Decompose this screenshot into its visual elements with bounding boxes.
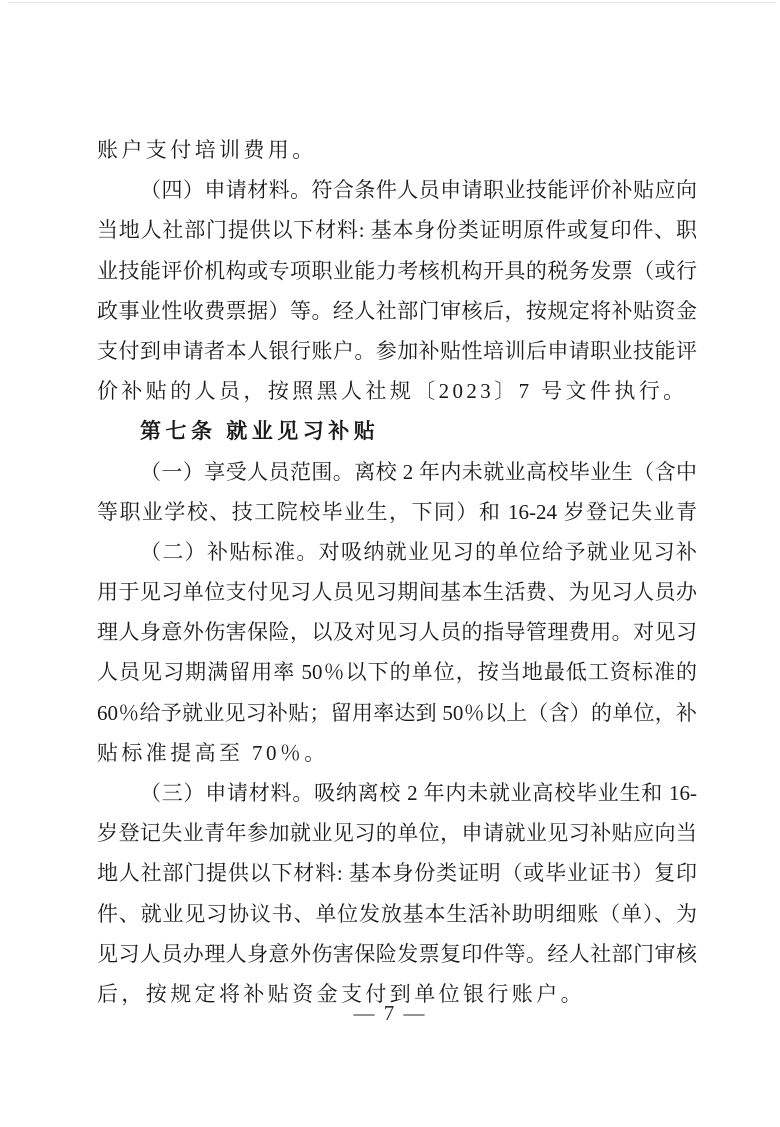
- text-line: 当地人社部门提供以下材料: 基本身份类证明原件或复印件、职: [97, 210, 697, 250]
- text-line: 支付到申请者本人银行账户。参加补贴性培训后申请职业技能评: [97, 331, 697, 371]
- text-line: 60％给予就业见习补贴；留用率达到 50％以上（含）的单位，补: [97, 693, 697, 733]
- text-line: 见习人员办理人身意外伤害保险发票复印件等。经人社部门审核: [97, 934, 697, 974]
- text-line: （一）享受人员范围。离校 2 年内未就业高校毕业生（含中: [97, 452, 697, 492]
- text-line: 政事业性收费票据）等。经人社部门审核后，按规定将补贴资金: [97, 291, 697, 331]
- text-line: 贴标准提高至 70％。: [97, 733, 697, 773]
- section-heading: 第七条 就业见习补贴: [97, 411, 697, 451]
- document-body: 账户支付培训费用。 （四）申请材料。符合条件人员申请职业技能评价补贴应向 当地人…: [97, 130, 697, 1014]
- text-line: （三）申请材料。吸纳离校 2 年内未就业高校毕业生和 16-24: [97, 773, 697, 813]
- text-line: 价补贴的人员，按照黑人社规〔2023〕7 号文件执行。: [97, 371, 697, 411]
- text-line: 理人身意外伤害保险，以及对见习人员的指导管理费用。对见习: [97, 612, 697, 652]
- document-page: 账户支付培训费用。 （四）申请材料。符合条件人员申请职业技能评价补贴应向 当地人…: [0, 0, 780, 1127]
- scan-edge-line: [8, 2, 776, 3]
- text-line: 用于见习单位支付见习人员见习期间基本生活费、为见习人员办: [97, 572, 697, 612]
- text-line: 地人社部门提供以下材料: 基本身份类证明（或毕业证书）复印: [97, 853, 697, 893]
- text-line: 业技能评价机构或专项职业能力考核机构开具的税务发票（或行: [97, 251, 697, 291]
- page-number: — 7 —: [0, 998, 780, 1028]
- text-line: （二）补贴标准。对吸纳就业见习的单位给予就业见习补贴，: [97, 532, 697, 572]
- text-line: 等职业学校、技工院校毕业生，下同）和 16-24 岁登记失业青年。: [97, 492, 697, 532]
- text-line: 人员见习期满留用率 50％以下的单位，按当地最低工资标准的: [97, 652, 697, 692]
- text-line: 件、就业见习协议书、单位发放基本生活补助明细账（单）、为: [97, 894, 697, 934]
- text-line: （四）申请材料。符合条件人员申请职业技能评价补贴应向: [97, 170, 697, 210]
- text-line: 岁登记失业青年参加就业见习的单位，申请就业见习补贴应向当: [97, 813, 697, 853]
- text-line: 账户支付培训费用。: [97, 130, 697, 170]
